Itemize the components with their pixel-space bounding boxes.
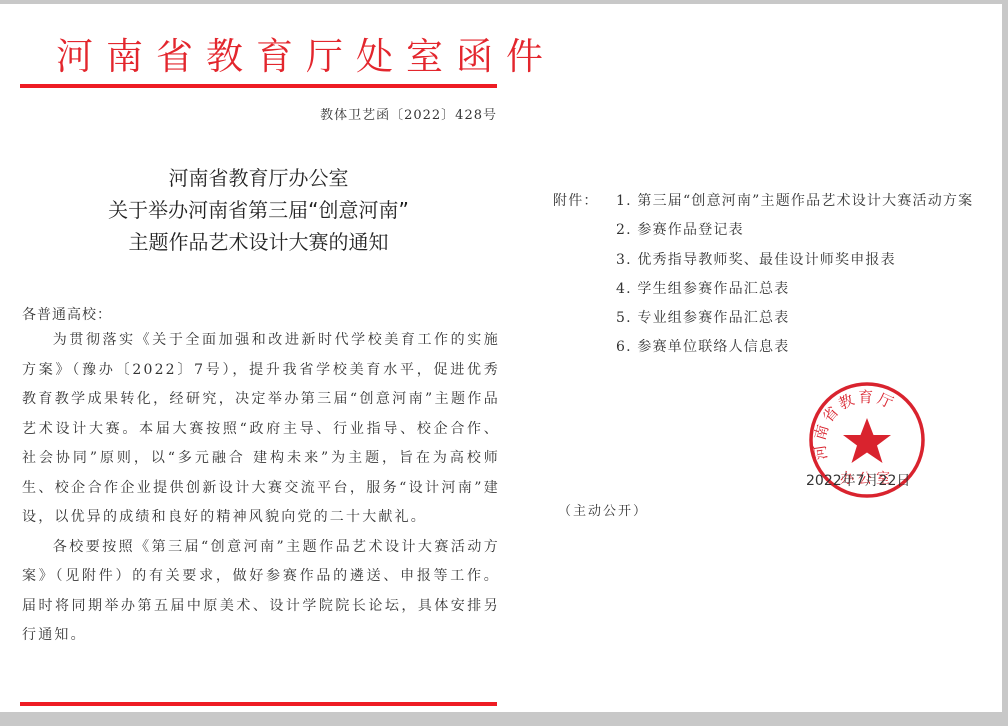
title-line: 河南省教育厅办公室 [20, 162, 497, 194]
title-line: 主题作品艺术设计大赛的通知 [20, 226, 497, 258]
attachment-item: 2. 参赛作品登记表 [553, 216, 1003, 245]
disclosure-note: （主动公开） [558, 500, 648, 519]
attachment-item: 5. 专业组参赛作品汇总表 [553, 304, 1003, 333]
svg-text:河南省教育厅: 河南省教育厅 [810, 388, 898, 461]
salutation: 各普通高校： [22, 304, 112, 324]
masthead: 河南省教育厅处室函件 [56, 26, 476, 80]
attachments-label: 附件： [553, 187, 616, 216]
attachment-item: 附件： 1. 第三届“创意河南”主题作品艺术设计大赛活动方案 [553, 187, 1003, 216]
document-sheet: 河南省教育厅处室函件 教体卫艺函〔2022〕428号 河南省教育厅办公室 关于举… [0, 4, 1002, 712]
paragraph: 各校要按照《第三届“创意河南”主题作品艺术设计大赛活动方案》（见附件）的有关要求… [22, 533, 500, 651]
attachments-list: 附件： 1. 第三届“创意河南”主题作品艺术设计大赛活动方案 2. 参赛作品登记… [553, 187, 1003, 363]
paragraph: 为贯彻落实《关于全面加强和改进新时代学校美育工作的实施方案》（豫办〔2022〕7… [22, 326, 500, 533]
document-number: 教体卫艺函〔2022〕428号 [300, 104, 497, 123]
attachment-item: 4. 学生组参赛作品汇总表 [553, 275, 1003, 304]
star-icon [843, 418, 891, 463]
document-title: 河南省教育厅办公室 关于举办河南省第三届“创意河南” 主题作品艺术设计大赛的通知 [20, 162, 497, 258]
issue-date: 2022年7月22日 [806, 470, 910, 490]
title-line: 关于举办河南省第三届“创意河南” [20, 194, 497, 226]
attachment-item: 6. 参赛单位联络人信息表 [553, 333, 1003, 362]
body-text: 为贯彻落实《关于全面加强和改进新时代学校美育工作的实施方案》（豫办〔2022〕7… [22, 326, 500, 651]
red-rule-bottom [20, 702, 497, 706]
red-rule-top [20, 84, 497, 88]
attachment-item: 3. 优秀指导教师奖、最佳设计师奖申报表 [553, 246, 1003, 275]
